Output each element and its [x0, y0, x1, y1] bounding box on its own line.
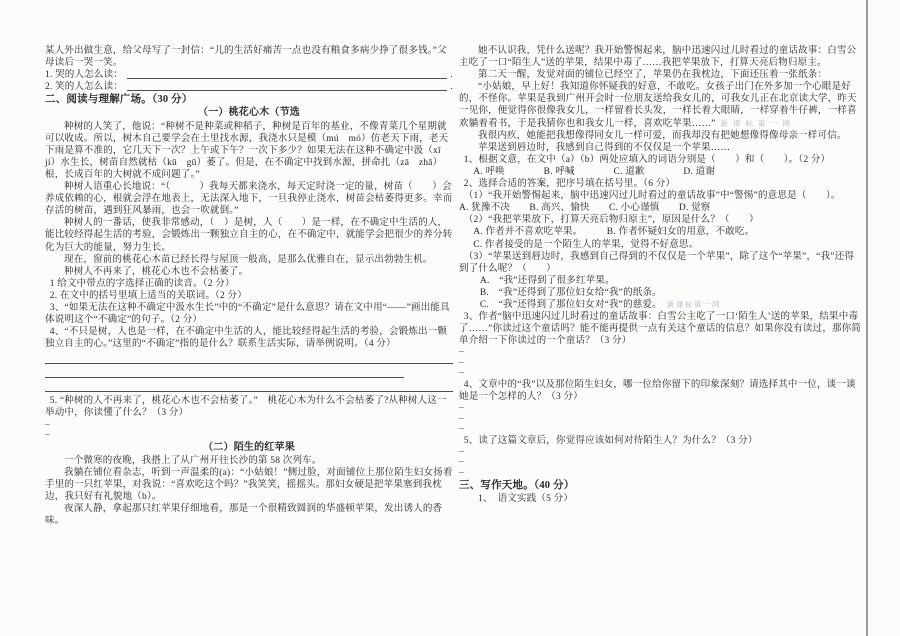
passage-1-para-3: 种树人的一番话，使我非常感动，（ ）是树，人（ ）是一样，在不确定中生活的人，能…: [45, 217, 453, 253]
fill-blank-2: 2. 笑的人怎么读： .: [45, 81, 453, 93]
section-2-heading: 二、阅读与理解广场。（30 分）: [45, 94, 453, 106]
dash-mark: –: [459, 424, 863, 435]
passage-1-para-1: 种树的人笑了，他说：“种树不是种菜或种稻子，种树是百年的基业，不像青菜几个星期就…: [45, 121, 453, 181]
dash-mark: –: [459, 414, 863, 425]
r-question-3: 3、作者“脑中迅速闪过儿时看过的童话故事：白雪公主吃了一口‘陌生人’送的苹果，结…: [459, 311, 863, 347]
passage-2-para-8: 苹果送到唇边时，我感到自己得到的不仅仅是一个苹果……: [459, 142, 863, 154]
passage-2-para-1: 一个微寒的夜晚，我搭上了从广州开往长沙的第 58 次列车。: [45, 455, 453, 467]
option-text: C. “我”还得到了那位妇女对“我”的慈爱。: [480, 300, 662, 310]
passage-1-para-2: 种树人语重心长地说：“（ ）我每天都来浇水，每天定时浇一定的量，树苗（ ）会养成…: [45, 181, 453, 217]
answer-line: [45, 364, 404, 378]
dash-mark: –: [45, 430, 453, 441]
passage-2-para-4: 她不认识我，凭什么送呢？我开始警惕起来，脑中迅速闪过儿时看过的童话故事：白雪公主…: [459, 45, 863, 69]
passage-2-para-2: 我躺在铺位看杂志，听到一声温柔的(a)：“小姑娘！”侧过脸，对面铺位上那位陌生妇…: [45, 467, 453, 503]
r-question-2-sub-3-option-c: C. “我”还得到了那位妇女对“我”的慈爱。新课标第一网: [459, 299, 863, 311]
intro-paragraph: 某人外出做生意，给父母写了一封信：“儿的生活好痛苦一点也没有粮食多病少挣了很多钱…: [45, 45, 453, 69]
note-text: “小姑娘，早上好！我知道你怀疑我的好意，不敢吃。女孩子出门在外多加一个心眼是好的…: [459, 82, 857, 128]
answer-line: [45, 378, 453, 392]
question-2: 2. 在文中的括号里填上适当的关联词。（2 分）: [45, 290, 453, 302]
dash-mark: –: [45, 420, 453, 431]
blank-2-label: 2. 笑的人怎么读：: [45, 81, 123, 93]
question-5: 5. “种树的人不再来了，桃花心木也不会枯萎了。” 桃花心木为什么不会枯萎了?从…: [45, 395, 453, 419]
question-3: 3、“如果无法在这种不确定中汲水生长”中的“不确定”是什么意思？请在文中用“——…: [45, 302, 453, 326]
answer-line: [45, 350, 453, 364]
left-column: 某人外出做生意，给父母写了一封信：“儿的生活好痛苦一点也没有粮食多病少挣了很多钱…: [45, 45, 453, 527]
blank-2-suffix: .: [450, 81, 453, 93]
r-question-5: 5、读了这篇文章后，你觉得应该如何对待陌生人？为什么？（3 分）: [459, 435, 863, 447]
dash-mark: –: [459, 457, 863, 468]
passage-2-para-6: “小姑娘，早上好！我知道你怀疑我的好意，不敢吃。女孩子出门在外多加一个心眼是好的…: [459, 81, 863, 129]
site-watermark: 新 课 标 第 一 网: [721, 119, 792, 128]
dash-mark: –: [459, 403, 863, 414]
blank-2-line: [127, 81, 447, 91]
r-question-2-sub-1-options: A. 犹豫不决 B. 高兴、愉快 C. 小心谨慎 D. 觉察: [459, 202, 863, 214]
right-column: 她不认识我，凭什么送呢？我开始警惕起来，脑中迅速闪过儿时看过的童话故事：白雪公主…: [459, 45, 863, 505]
passage-2-para-5: 第二天一醒，发觉对面的铺位已经空了，苹果仍在我枕边，下面还压着一张纸条：: [459, 69, 863, 81]
section-3-heading: 三、写作天地。（40 分）: [459, 480, 863, 492]
passage-2-title: （二）陌生的红苹果: [45, 442, 453, 454]
writing-item-1: 1、 语文实践（5 分）: [459, 493, 863, 505]
passage-2-para-7: 我很内疚，她能把我想像得同女儿一样可爱，而我却没有把她想像得像母亲一样可信。: [459, 130, 863, 142]
r-question-2-sub-3-option-a: A. “我”还得到了很多红苹果。: [459, 275, 863, 287]
dash-mark: –: [459, 447, 863, 458]
r-question-2-sub-2-options-ab: A. 作者并不喜欢吃苹果。 B. 作者怀疑妇女的用意，不敢吃。: [459, 226, 863, 238]
passage-1-para-5: 种树人不再来了，桃花心木也不会枯萎了。: [45, 266, 453, 278]
passage-2-para-3: 夜深人静，拿起那只红苹果仔细地看，那是一个很精致圆润的华盛顿苹果，发出诱人的香味…: [45, 503, 453, 527]
r-question-2-sub-1: （1）“我开始警惕起来，脑中迅速闪过儿时看过的童话故事”中“警惕”的意思是（ ）…: [459, 190, 863, 202]
site-watermark: 新课标第一网: [667, 300, 721, 309]
question-4: 4、“不只是树，人也是一样，在不确定中生活的人，能比较经得起生活的考验，会锻炼出…: [45, 326, 453, 350]
passage-1-para-4: 现在，窗前的桃花心木苗已经长得与屋顶一般高，是那么优雅自在，显示出勃勃生机。: [45, 254, 453, 266]
passage-1-title: （一）桃花心木（节选: [45, 107, 453, 119]
dash-mark: –: [459, 368, 863, 379]
blank-1-label: 1. 哭的人怎么读：: [45, 69, 123, 81]
exam-page: 某人外出做生意，给父母写了一封信：“儿的生活好痛苦一点也没有粮食多病少挣了很多钱…: [0, 0, 900, 636]
question-1: 1 给文中带点的字选择正确的读音。（2 分）: [45, 278, 453, 290]
page-right-rule: [866, 0, 868, 636]
r-question-2-sub-2-option-c: C. 作者接受的是一个陌生人的苹果，觉得不好意思。: [459, 239, 863, 251]
blank-1-line: [127, 69, 447, 79]
r-question-1: 1、根据文意，在文中（a）（b）两处应填入的词语分别是（ ）和（ ）。（2 分）: [459, 154, 863, 166]
fill-blank-1: 1. 哭的人怎么读： .: [45, 69, 453, 81]
blank-1-suffix: .: [450, 69, 453, 81]
r-question-4: 4、文章中的“我”以及那位陌生妇女，哪一位给你留下的印象深刻？请选择其中一位，谈…: [459, 379, 863, 403]
dash-mark: –: [459, 347, 863, 358]
r-question-2-sub-3-option-b: B. “我”还得到了那位妇女给“我”的纸条。: [459, 287, 863, 299]
r-question-2: 2、选择合适的答案，把序号填在括号里。（6 分）: [459, 178, 863, 190]
dash-mark: –: [459, 358, 863, 369]
r-question-2-sub-2: （2）“我把苹果放下，打算天亮后物归原主”，原因是什么？（ ）: [459, 214, 863, 226]
dash-mark: –: [459, 468, 863, 479]
r-question-1-options: A. 呼唤 B. 呼喊 C. 道歉 D. 道谢: [459, 166, 863, 178]
r-question-2-sub-3: （3）“苹果送到唇边时，我感到自己得到的不仅仅是一个苹果”，除了这个“苹果”，“…: [459, 251, 863, 275]
